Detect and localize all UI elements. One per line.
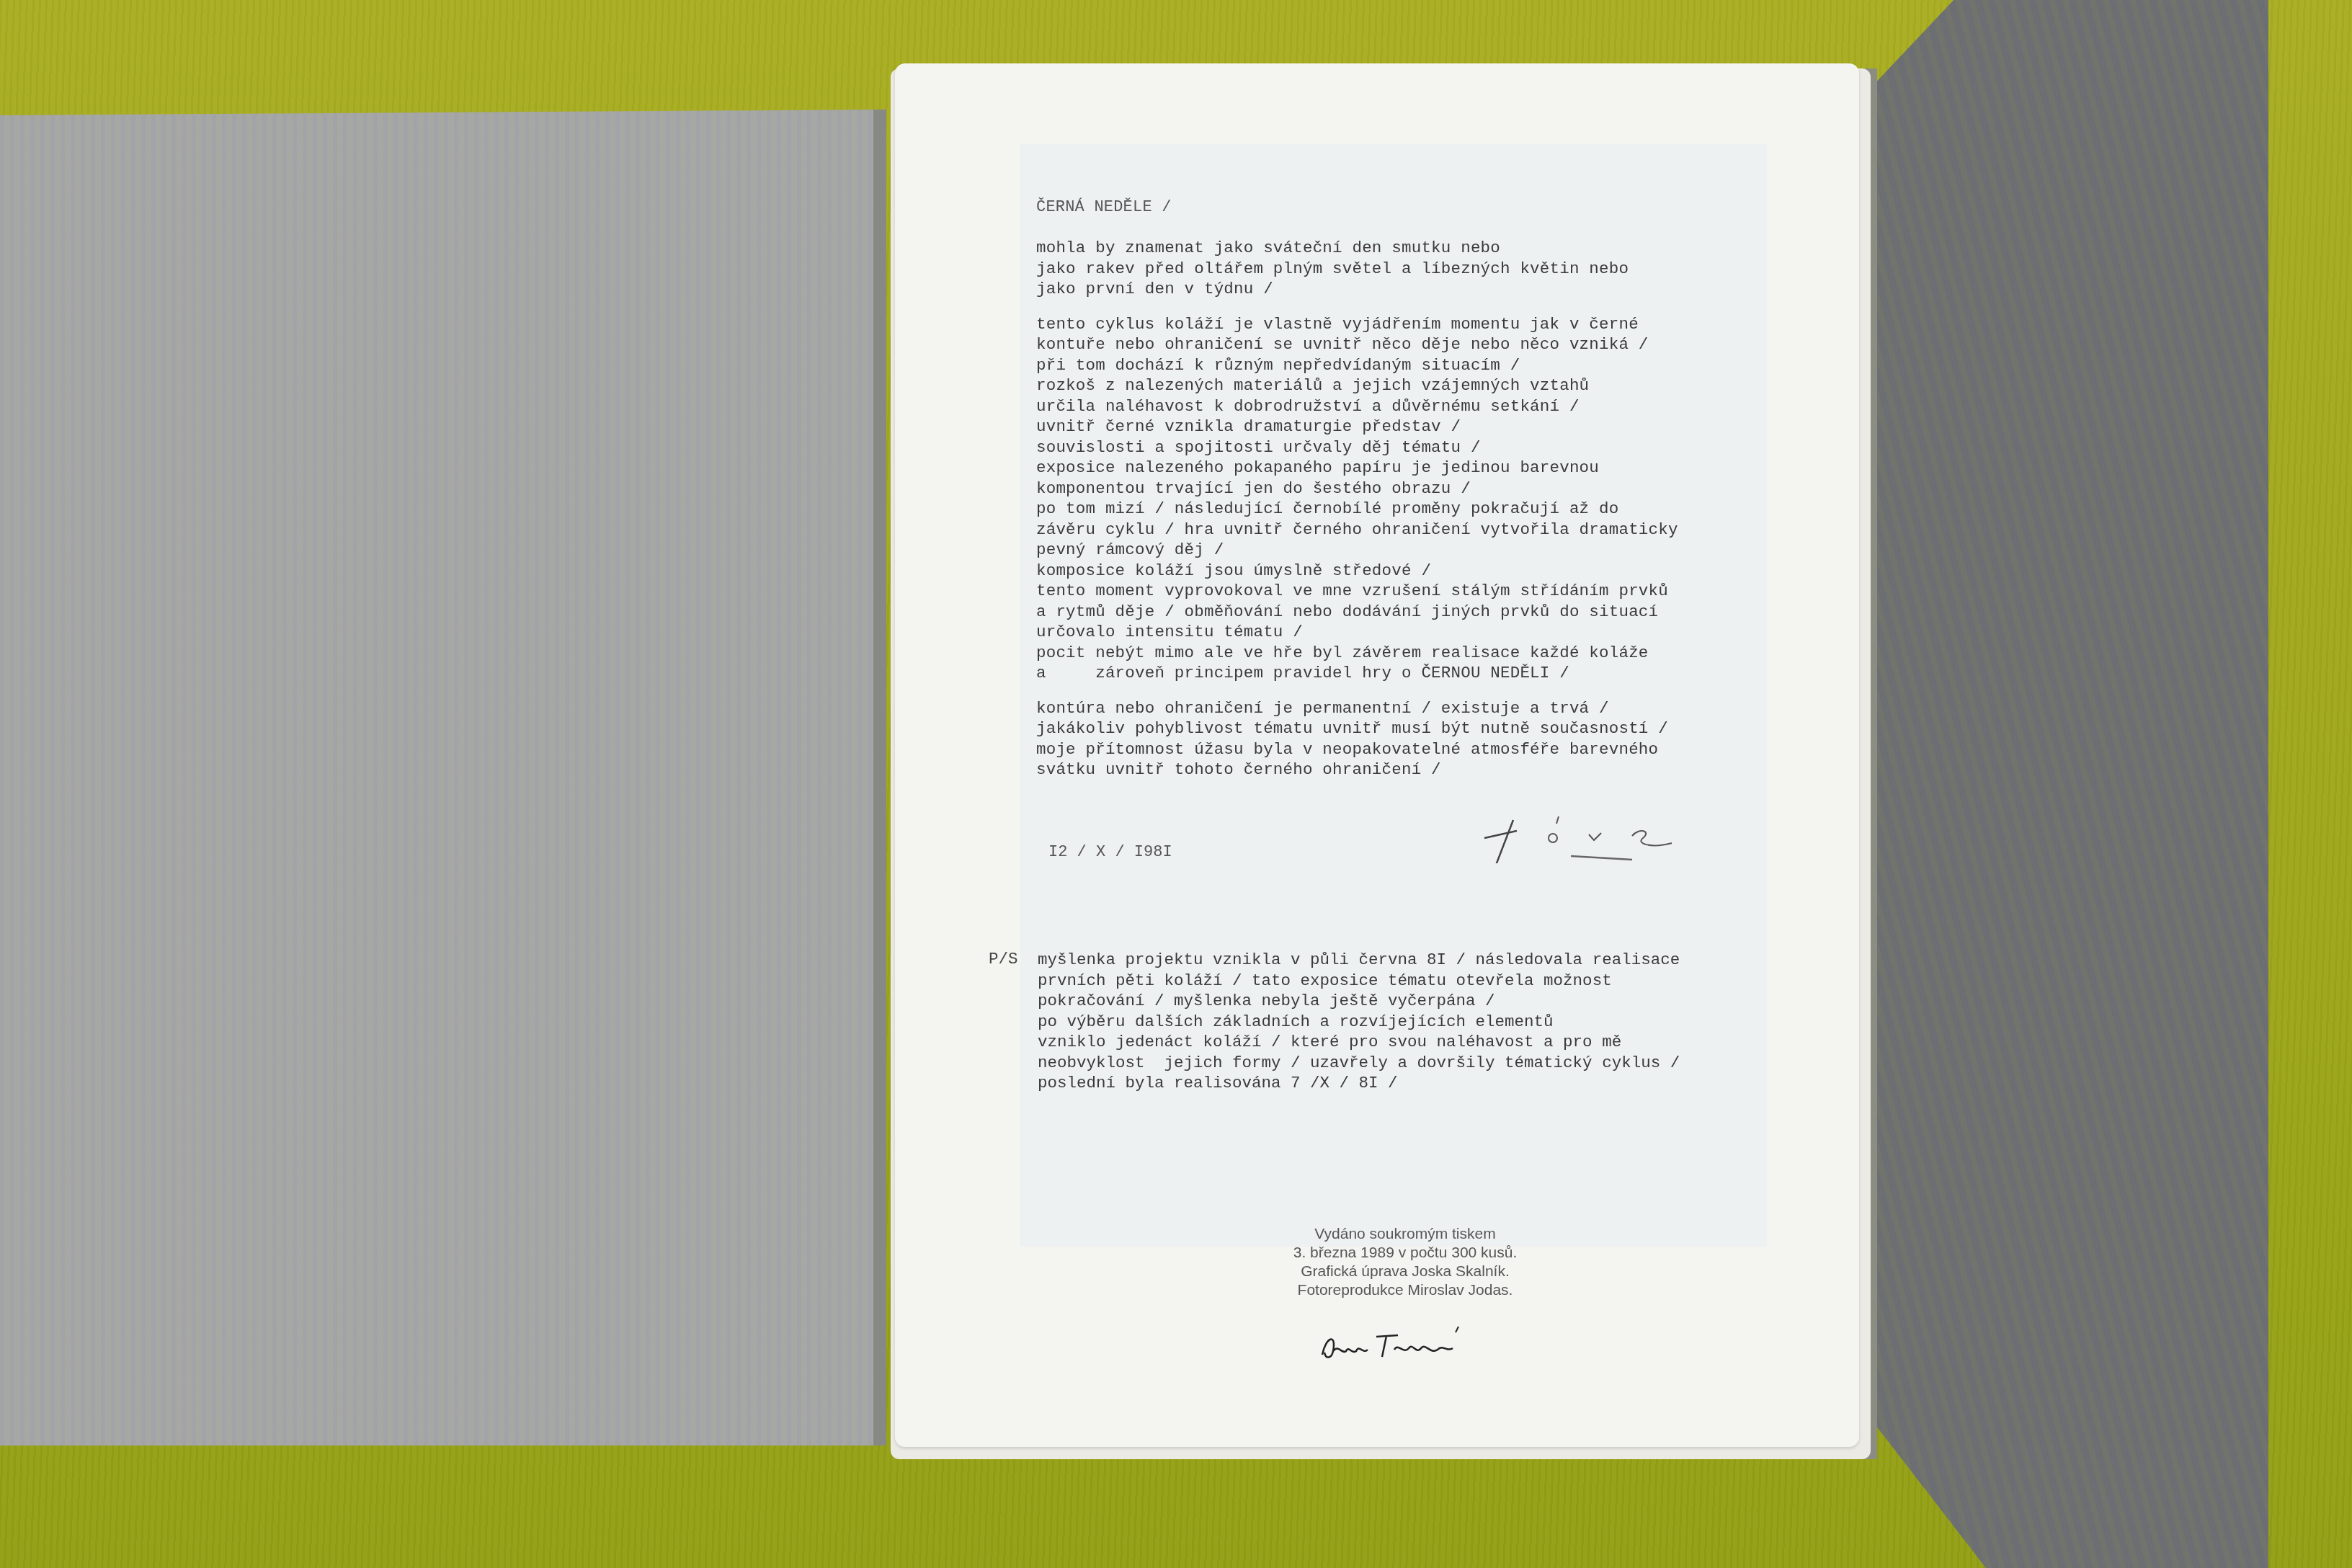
text-line: komposice koláží jsou úmyslně středové / — [1036, 561, 1771, 582]
typed-text: ČERNÁ NEDĚLE / mohla by znamenat jako sv… — [1036, 198, 1771, 795]
text-line: kontúra nebo ohraničení je permanentní /… — [1036, 698, 1771, 719]
text-line: a zároveň principem pravidel hry o ČERNO… — [1036, 663, 1771, 684]
text-line: neobvyklost jejich formy / uzavřely a do… — [1038, 1053, 1787, 1074]
publisher-signature — [1311, 1322, 1484, 1366]
paragraph-1: mohla by znamenat jako sváteční den smut… — [1036, 238, 1771, 300]
text-line: tento cyklus koláží je vlastně vyjádření… — [1036, 314, 1771, 335]
text-line: souvislosti a spojitosti určvaly děj tém… — [1036, 437, 1771, 458]
text-line: vzniklo jedenáct koláží / které pro svou… — [1038, 1032, 1787, 1053]
colophon-line: Fotoreprodukce Miroslav Jodas. — [1225, 1281, 1585, 1300]
text-line: svátku uvnitř tohoto černého ohraničení … — [1036, 759, 1771, 780]
postscript-text: myšlenka projektu vznikla v půli června … — [1038, 950, 1787, 1094]
text-line: tento moment vyprovokoval ve mne vzrušen… — [1036, 581, 1771, 602]
colophon: Vydáno soukromým tiskem 3. března 1989 v… — [1225, 1225, 1585, 1300]
text-line: prvních pěti koláží / tato exposice téma… — [1038, 971, 1787, 992]
folder-right-flap — [1865, 0, 2268, 1568]
author-signature — [1463, 798, 1693, 863]
text-line: poslední byla realisována 7 /X / 8I / — [1038, 1073, 1787, 1094]
text-line: mohla by znamenat jako sváteční den smut… — [1036, 238, 1771, 259]
text-line: závěru cyklu / hra uvnitř černého ohrani… — [1036, 520, 1771, 540]
colophon-line: Vydáno soukromým tiskem — [1225, 1225, 1585, 1244]
text-line: komponentou trvající jen do šestého obra… — [1036, 478, 1771, 499]
text-line: jako rakev před oltářem plným světel a l… — [1036, 259, 1771, 280]
paragraph-2: tento cyklus koláží je vlastně vyjádření… — [1036, 314, 1771, 684]
text-line: určila naléhavost k dobrodružství a důvě… — [1036, 396, 1771, 417]
text-line: pevný rámcový děj / — [1036, 540, 1771, 561]
text-line: při tom dochází k různým nepředvídaným s… — [1036, 355, 1771, 376]
text-line: rozkoš z nalezených materiálů a jejich v… — [1036, 375, 1771, 396]
text-line: uvnitř černé vznikla dramaturgie předsta… — [1036, 416, 1771, 437]
document-title: ČERNÁ NEDĚLE / — [1036, 198, 1771, 216]
text-line: po tom mizí / následující černobílé prom… — [1036, 499, 1771, 520]
text-line: pocit nebýt mimo ale ve hře byl závěrem … — [1036, 643, 1771, 664]
colophon-line: 3. března 1989 v počtu 300 kusů. — [1225, 1244, 1585, 1262]
text-line: moje přítomnost úžasu byla v neopakovate… — [1036, 739, 1771, 760]
text-line: kontuře nebo ohraničení se uvnitř něco d… — [1036, 334, 1771, 355]
text-line: jakákoliv pohyblivost tématu uvnitř musí… — [1036, 718, 1771, 739]
text-line: jako první den v týdnu / — [1036, 279, 1771, 300]
folder-left-cover — [0, 110, 885, 1445]
postscript-label: P/S — [989, 950, 1018, 968]
text-line: myšlenka projektu vznikla v půli června … — [1038, 950, 1787, 971]
text-line: exposice nalezeného pokapaného papíru je… — [1036, 458, 1771, 478]
folder-spine — [873, 110, 886, 1445]
paragraph-3: kontúra nebo ohraničení je permanentní /… — [1036, 698, 1771, 780]
text-line: pokračování / myšlenka nebyla ještě vyče… — [1038, 991, 1787, 1012]
text-line: určovalo intensitu tématu / — [1036, 622, 1771, 643]
text-line: a rytmů děje / obměňování nebo dodávání … — [1036, 602, 1771, 623]
colophon-line: Grafická úprava Joska Skalník. — [1225, 1262, 1585, 1281]
document-date: I2 / X / I98I — [1048, 843, 1172, 861]
text-line: po výběru dalších základních a rozvíjejí… — [1038, 1012, 1787, 1033]
